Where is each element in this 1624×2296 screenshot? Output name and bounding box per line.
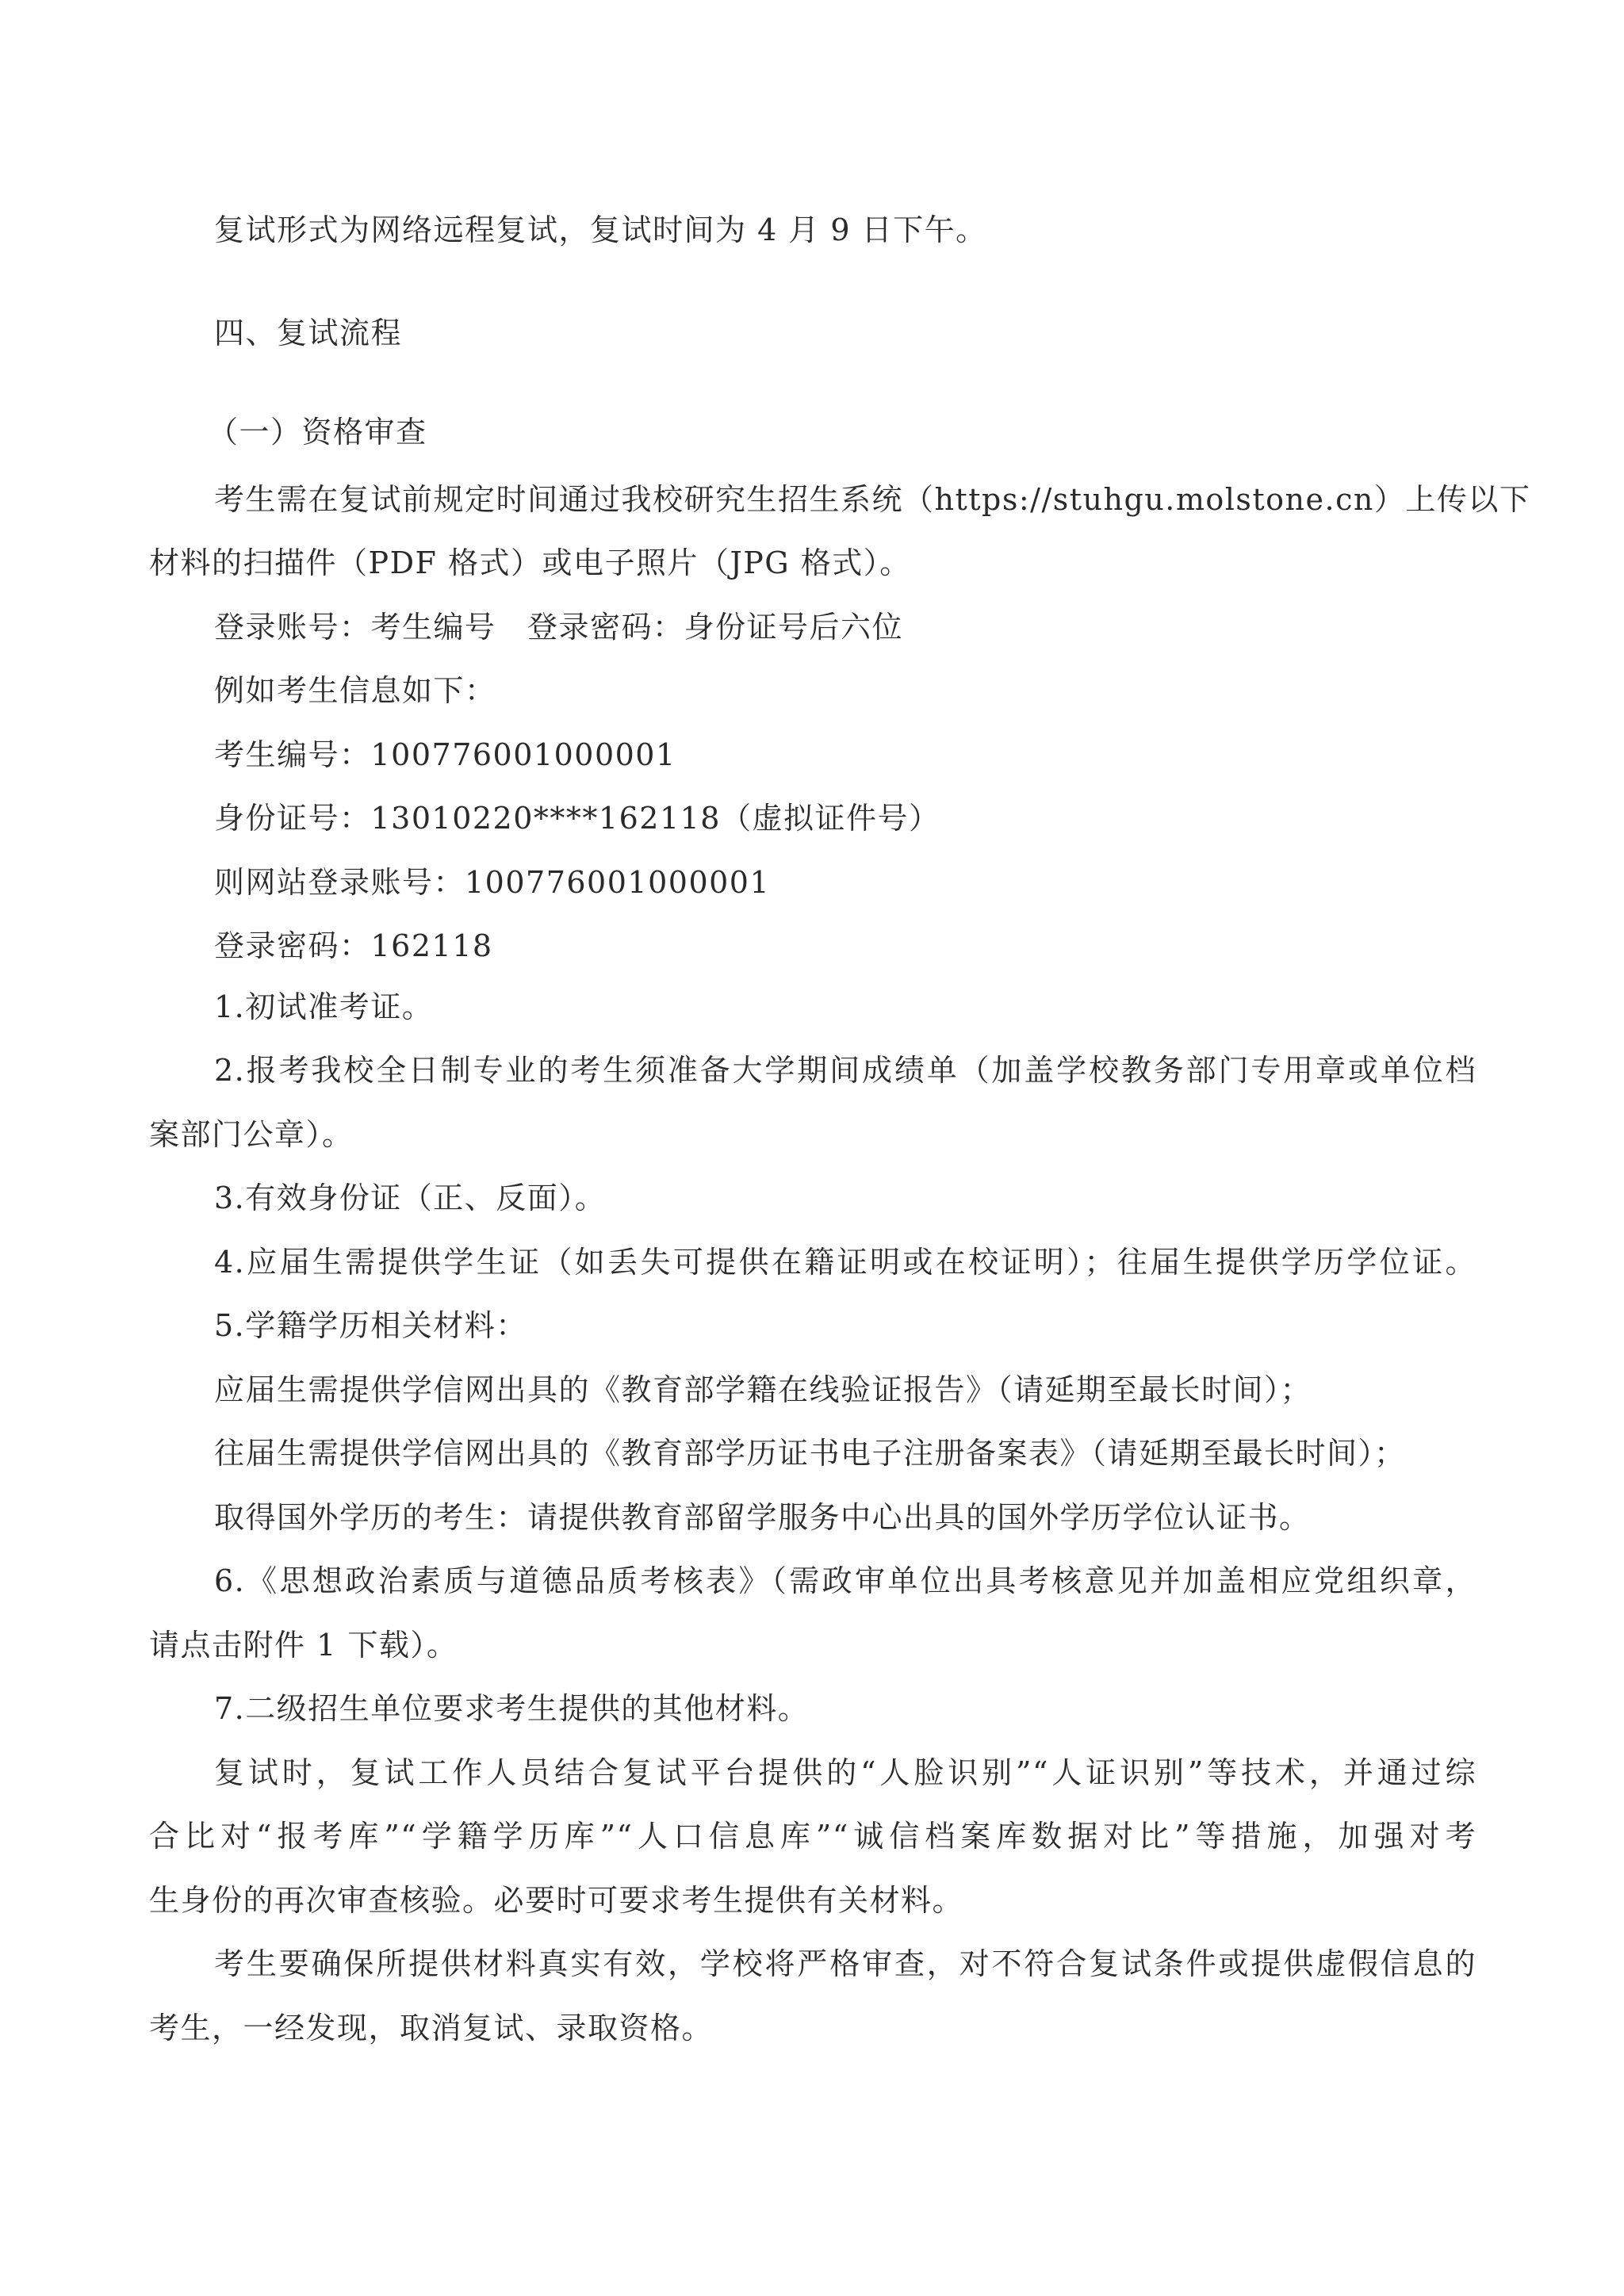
document-page: 复试形式为网络远程复试，复试时间为 4 月 9 日下午。 四、复试流程 （一）资…: [0, 0, 1624, 2296]
material-item-6-line-2: 请点击附件 1 下载）。: [149, 1621, 1477, 1669]
verification-paragraph-line-1: 复试时，复试工作人员结合复试平台提供的“人脸识别”“人证识别”等技术，并通过综: [214, 1749, 1477, 1797]
verification-paragraph-line-3: 生身份的再次审查核验。必要时可要求考生提供有关材料。: [149, 1877, 1477, 1924]
exam-format-line: 复试形式为网络远程复试，复试时间为 4 月 9 日下午。: [214, 206, 1477, 254]
example-id-number: 身份证号：13010220****162118（虚拟证件号）: [214, 794, 1477, 842]
example-intro: 例如考生信息如下：: [214, 667, 1477, 714]
material-item-5-past-graduates: 往届生需提供学信网出具的《教育部学历证书电子注册备案表》（请延期至最长时间）；: [214, 1429, 1477, 1477]
authenticity-paragraph-line-2: 考生，一经发现，取消复试、录取资格。: [149, 2004, 1477, 2052]
material-item-2-line-2: 案部门公章）。: [149, 1111, 1477, 1158]
material-item-6-line-1: 6.《思想政治素质与道德品质考核表》（需政审单位出具考核意见并加盖相应党组织章，: [214, 1557, 1477, 1605]
section-heading: 四、复试流程: [214, 309, 1477, 357]
example-login-account: 则网站登录账号：100776001000001: [214, 859, 1477, 906]
verification-paragraph-line-2: 合比对“报考库”“学籍学历库”“人口信息库”“诚信档案库数据对比”等措施，加强对…: [149, 1812, 1477, 1860]
upload-paragraph-line-2: 材料的扫描件（PDF 格式）或电子照片（JPG 格式）。: [149, 539, 1477, 587]
material-item-4: 4.应届生需提供学生证（如丢失可提供在籍证明或在校证明）；往届生提供学历学位证。: [214, 1238, 1477, 1286]
material-item-5-foreign-degree: 取得国外学历的考生：请提供教育部留学服务中心出具的国外学历学位认证书。: [214, 1494, 1477, 1541]
subsection-heading: （一）资格审查: [208, 408, 1470, 456]
material-item-5-fresh-graduates: 应届生需提供学信网出具的《教育部学籍在线验证报告》（请延期至最长时间）；: [214, 1366, 1477, 1414]
example-login-password: 登录密码：162118: [214, 922, 1477, 970]
authenticity-paragraph-line-1: 考生要确保所提供材料真实有效，学校将严格审查，对不符合复试条件或提供虚假信息的: [214, 1940, 1477, 1988]
upload-paragraph-line-1: 考生需在复试前规定时间通过我校研究生招生系统（https://stuhgu.mo…: [214, 476, 1477, 523]
material-item-5: 5.学籍学历相关材料：: [214, 1302, 1477, 1349]
material-item-2-line-1: 2.报考我校全日制专业的考生须准备大学期间成绩单（加盖学校教务部门专用章或单位档: [214, 1047, 1477, 1094]
material-item-3: 3.有效身份证（正、反面）。: [214, 1174, 1477, 1222]
login-info: 登录账号：考生编号 登录密码：身份证号后六位: [214, 603, 1477, 651]
material-item-1: 1.初试准考证。: [214, 983, 1477, 1031]
material-item-7: 7.二级招生单位要求考生提供的其他材料。: [214, 1685, 1477, 1732]
example-candidate-number: 考生编号：100776001000001: [214, 731, 1477, 779]
